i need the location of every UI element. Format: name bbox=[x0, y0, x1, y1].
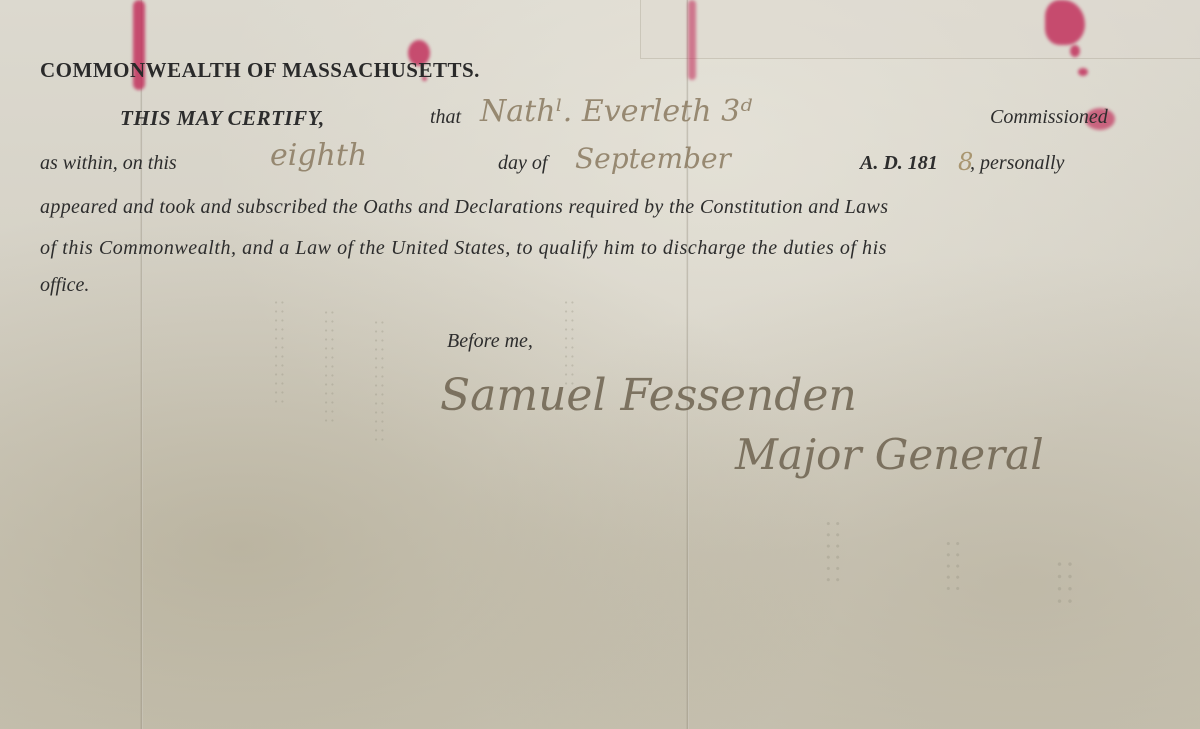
show-through-print: ::::::::::::: bbox=[320, 310, 341, 427]
show-through-print: :::::::::::: bbox=[270, 300, 291, 408]
document-paper: :::::::::::: ::::::::::::: :::::::::::::… bbox=[0, 0, 1200, 729]
that-text: that bbox=[430, 106, 461, 129]
show-through-print: ::::: bbox=[940, 540, 970, 596]
commissioned-text: Commissioned bbox=[990, 106, 1108, 129]
ad-year-prefix: A. D. 181 bbox=[860, 152, 938, 175]
red-wax-stain bbox=[1078, 68, 1088, 76]
signature-title: Major General bbox=[735, 430, 1044, 479]
day-of-text: day of bbox=[498, 152, 547, 175]
red-wax-stain bbox=[688, 0, 696, 80]
signature-name: Samuel Fessenden bbox=[440, 370, 857, 421]
handwritten-day: eighth bbox=[270, 138, 367, 173]
certify-text: THIS MAY CERTIFY, bbox=[120, 106, 325, 131]
oath-line-3: office. bbox=[40, 274, 1150, 297]
as-within-text: as within, on this bbox=[40, 152, 177, 175]
show-through-print: :::::: bbox=[820, 520, 850, 587]
paper-fold-overlap bbox=[640, 0, 1200, 59]
document-heading: COMMONWEALTH OF MASSACHUSETTS. bbox=[40, 58, 480, 83]
personally-text: , personally bbox=[970, 152, 1064, 175]
red-wax-stain bbox=[1045, 0, 1085, 45]
handwritten-name: Nathˡ. Everleth 3ᵈ bbox=[480, 94, 752, 129]
oath-line-2: of this Commonwealth, and a Law of the U… bbox=[40, 237, 1150, 260]
handwritten-month: September bbox=[575, 142, 731, 175]
oath-line-1: appeared and took and subscribed the Oat… bbox=[40, 196, 1150, 219]
show-through-print: :::::::::::::: bbox=[370, 320, 391, 446]
red-wax-stain bbox=[1070, 45, 1080, 57]
before-me-text: Before me, bbox=[447, 330, 533, 353]
show-through-print: :::: bbox=[1050, 560, 1084, 609]
